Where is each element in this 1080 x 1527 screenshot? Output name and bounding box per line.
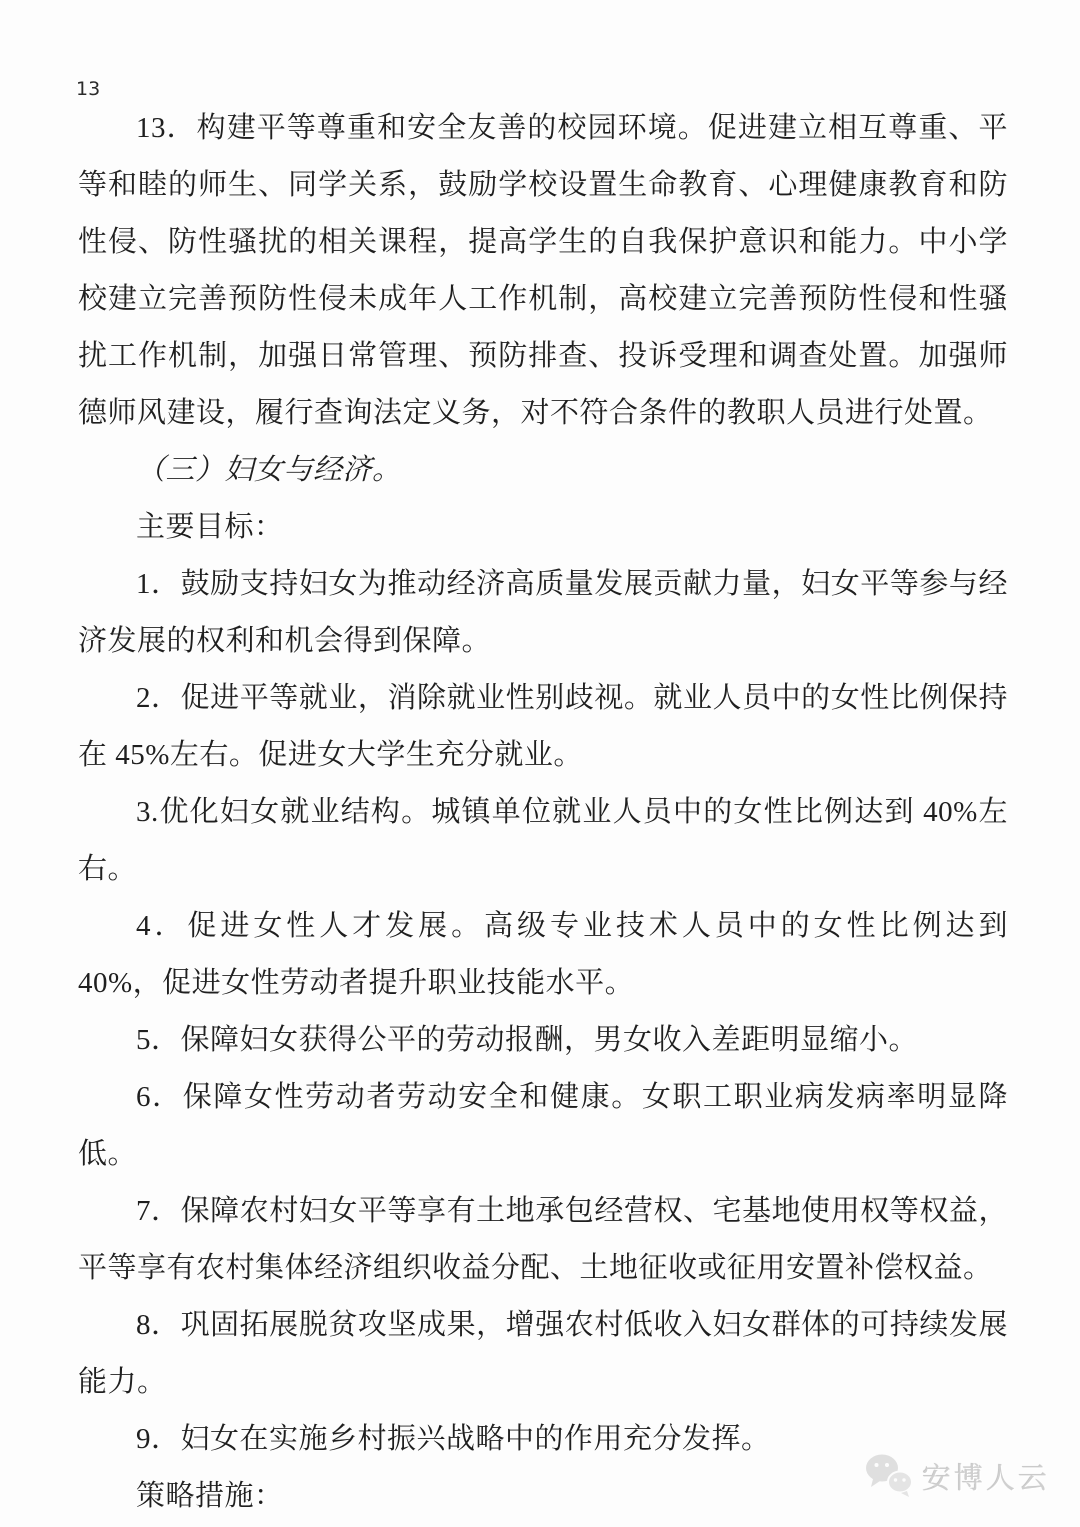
paragraph: 2．促进平等就业，消除就业性别歧视。就业人员中的女性比例保持在 45%左右。促进… xyxy=(78,670,1008,784)
paragraph: 8．巩固拓展脱贫攻坚成果，增强农村低收入妇女群体的可持续发展能力。 xyxy=(78,1297,1008,1411)
page-number: 13 xyxy=(76,78,100,100)
watermark: 安博人云 xyxy=(864,1453,1050,1499)
paragraph: 6．保障女性劳动者劳动安全和健康。女职工职业病发病率明显降低。 xyxy=(78,1069,1008,1183)
paragraph: 1．鼓励支持妇女为推动经济高质量发展贡献力量，妇女平等参与经济发展的权利和机会得… xyxy=(78,556,1008,670)
paragraph: 4．促进女性人才发展。高级专业技术人员中的女性比例达到 40%，促进女性劳动者提… xyxy=(78,898,1008,1012)
wechat-chat-bubbles-icon xyxy=(864,1453,914,1499)
paragraph: 主要目标： xyxy=(78,499,1008,556)
paragraph: 7．保障农村妇女平等享有土地承包经营权、宅基地使用权等权益，平等享有农村集体经济… xyxy=(78,1183,1008,1297)
paragraph: 5．保障妇女获得公平的劳动报酬，男女收入差距明显缩小。 xyxy=(78,1012,1008,1069)
section-heading: （三）妇女与经济。 xyxy=(78,442,1008,499)
paragraph: 13．构建平等尊重和安全友善的校园环境。促进建立相互尊重、平等和睦的师生、同学关… xyxy=(78,100,1008,442)
document-page: 13 13．构建平等尊重和安全友善的校园环境。促进建立相互尊重、平等和睦的师生、… xyxy=(0,0,1080,1527)
document-body: 13．构建平等尊重和安全友善的校园环境。促进建立相互尊重、平等和睦的师生、同学关… xyxy=(78,100,1008,1525)
paragraph: 3.优化妇女就业结构。城镇单位就业人员中的女性比例达到 40%左右。 xyxy=(78,784,1008,898)
watermark-label: 安博人云 xyxy=(922,1456,1050,1497)
